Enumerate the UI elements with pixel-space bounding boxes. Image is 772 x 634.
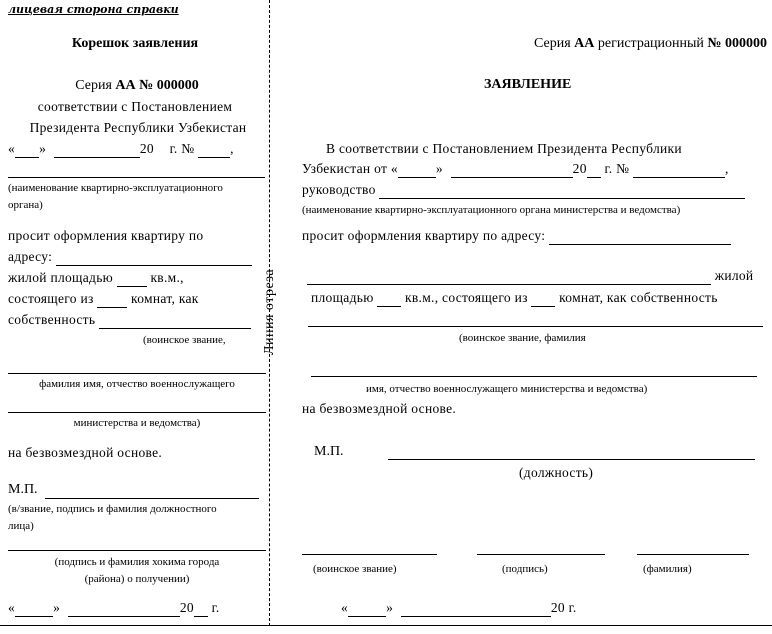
app-year: 20 — [573, 161, 587, 176]
stub-fio-caption: фамилия имя, отчество военнослужащего — [0, 378, 274, 390]
app-series-line: Серия АА регистрационный № 000000 — [534, 36, 767, 52]
app-date-prefix: Узбекистан от « — [302, 161, 398, 176]
close-quote: » — [386, 600, 393, 615]
stub-bottom-date: « » 20 г. — [8, 600, 220, 617]
app-year-field[interactable] — [587, 161, 601, 178]
app-rank-field[interactable] — [308, 326, 763, 327]
stub-day-field[interactable] — [15, 141, 39, 158]
app-bottom-day-field[interactable] — [348, 600, 386, 617]
app-position-field[interactable] — [388, 459, 755, 460]
app-series-code: АА — [574, 36, 594, 51]
stub-official-field[interactable] — [45, 482, 259, 499]
stub-line-1: соответствии с Постановлением — [0, 99, 270, 115]
stub-bottom-year-suffix: г. — [212, 600, 220, 615]
app-organ-caption: (наименование квартирно-эксплуатационног… — [302, 204, 680, 216]
cut-line-label: Линия отреза — [262, 269, 278, 355]
stub-request: просит оформления квартиру по — [8, 228, 203, 244]
app-fio-caption: имя, отчество военнослужащего министерст… — [366, 383, 647, 395]
app-living-label: жилой — [715, 268, 754, 283]
app-rank-signature-caption: (воинское звание) — [313, 563, 397, 575]
stub-organ-field[interactable] — [8, 177, 265, 178]
app-area-line: площадью кв.м., состоящего из комнат, ка… — [311, 290, 718, 307]
stub-bottom-year: 20 — [180, 600, 194, 615]
header-note: лицевая сторона справки — [8, 3, 179, 16]
stub-organ-caption-2: органа) — [8, 199, 43, 211]
app-management-field[interactable] — [379, 182, 745, 199]
stub-address-line: адресу: — [8, 249, 252, 266]
app-address-field-2[interactable] — [307, 268, 711, 285]
app-surname-field[interactable] — [637, 554, 749, 555]
app-signature-field[interactable] — [477, 554, 605, 555]
stub-rooms-field[interactable] — [97, 291, 127, 308]
app-rank-signature-field[interactable] — [302, 554, 437, 555]
stub-month-field[interactable] — [54, 141, 140, 158]
app-bottom-month-field[interactable] — [401, 600, 551, 617]
app-management-label: руководство — [302, 182, 376, 197]
app-day-field[interactable] — [398, 161, 436, 178]
stub-rooms-label: состоящего из — [8, 291, 94, 306]
app-request-label: просит оформления квартиру по адресу: — [302, 228, 545, 243]
app-surname-caption: (фамилия) — [643, 563, 692, 575]
stub-rooms-unit: комнат, как — [131, 291, 199, 306]
app-month-field[interactable] — [451, 161, 573, 178]
bottom-border-line — [0, 625, 772, 626]
app-fio-field[interactable] — [311, 376, 757, 377]
app-rooms-unit: комнат, как собственность — [559, 290, 718, 305]
stub-series-prefix: Серия — [75, 78, 115, 93]
app-rank-caption: (воинское звание, фамилия — [459, 332, 586, 344]
app-free-basis: на безвозмездной основе. — [302, 401, 456, 417]
stub-bottom-day-field[interactable] — [15, 600, 53, 617]
close-quote: » — [39, 141, 46, 156]
stub-area-unit: кв.м., — [150, 270, 183, 285]
stub-line-2: Президента Республики Узбекистан — [0, 120, 276, 136]
stub-hokim-field[interactable] — [8, 550, 266, 551]
stub-mp-label: М.П. — [8, 482, 38, 497]
stub-rank-caption: (воинское звание, — [143, 334, 226, 346]
open-quote: « — [341, 600, 348, 615]
stub-ministry-caption: министерства и ведомства) — [0, 417, 274, 429]
stub-address-label: адресу: — [8, 249, 52, 264]
app-para-line-2: Узбекистан от « » 20 г. № , — [302, 161, 729, 178]
stub-mp-line: М.П. — [8, 482, 259, 499]
stub-area-field[interactable] — [117, 270, 147, 287]
app-bottom-date: « » 20 г. — [341, 600, 577, 617]
stub-series-number: АА № 000000 — [115, 78, 198, 93]
stub-number-field[interactable] — [198, 141, 230, 158]
app-area-label: площадью — [311, 290, 374, 305]
stub-property-field[interactable] — [99, 312, 251, 329]
app-registration-label: регистрационный — [594, 36, 707, 51]
stub-property-line: собственность — [8, 312, 251, 329]
stub-fio-field[interactable] — [8, 373, 266, 374]
comma: , — [230, 141, 234, 156]
stub-series: Серия АА № 000000 — [0, 78, 274, 94]
stub-bottom-year-field[interactable] — [194, 600, 208, 617]
app-mp-label: М.П. — [314, 444, 344, 460]
close-quote: » — [436, 161, 443, 176]
stub-bottom-month-field[interactable] — [68, 600, 180, 617]
stub-title: Корешок заявления — [0, 36, 270, 52]
open-quote: « — [8, 600, 15, 615]
open-quote: « — [8, 141, 15, 156]
stub-organ-caption-1: (наименование квартирно-эксплуатационног… — [8, 182, 223, 194]
app-area-unit: кв.м., состоящего из — [405, 290, 528, 305]
stub-ministry-field[interactable] — [8, 412, 266, 413]
app-address-field[interactable] — [549, 228, 731, 245]
app-para-line-1: В соответствии с Постановлением Президен… — [326, 141, 682, 157]
app-number-field[interactable] — [633, 161, 725, 178]
app-signature-caption: (подпись) — [502, 563, 548, 575]
comma: , — [725, 161, 729, 176]
app-management-line: руководство — [302, 182, 745, 199]
app-area-field[interactable] — [377, 290, 401, 307]
app-registration-number: № 000000 — [707, 36, 767, 51]
stub-address-field[interactable] — [56, 249, 252, 266]
app-series-prefix: Серия — [534, 36, 574, 51]
stub-official-caption-2: лица) — [8, 520, 34, 532]
app-position-caption: (должность) — [519, 465, 593, 481]
stub-area-label: жилой площадью — [8, 270, 113, 285]
stub-area-line: жилой площадью кв.м., — [8, 270, 184, 287]
app-rooms-field[interactable] — [531, 290, 555, 307]
stub-date-line: « » 20 г. № , — [8, 141, 234, 158]
stub-hokim-caption-2: (района) о получении) — [0, 573, 274, 585]
stub-number-label: г. № — [170, 141, 195, 156]
app-number-label: г. № — [601, 161, 630, 176]
stub-hokim-caption-1: (подпись и фамилия хокима города — [0, 556, 274, 568]
close-quote: » — [53, 600, 60, 615]
stub-year: 20 — [140, 141, 154, 156]
stub-official-caption-1: (в/звание, подпись и фамилия должностног… — [8, 503, 217, 515]
stub-rooms-line: состоящего из комнат, как — [8, 291, 199, 308]
stub-property-label: собственность — [8, 312, 95, 327]
stub-free-basis: на безвозмездной основе. — [8, 445, 162, 461]
app-title: ЗАЯВЛЕНИЕ — [484, 77, 571, 93]
app-request-line: просит оформления квартиру по адресу: — [302, 228, 731, 245]
app-bottom-year: 20 г. — [551, 600, 577, 615]
app-address-line-2: жилой — [307, 268, 753, 285]
